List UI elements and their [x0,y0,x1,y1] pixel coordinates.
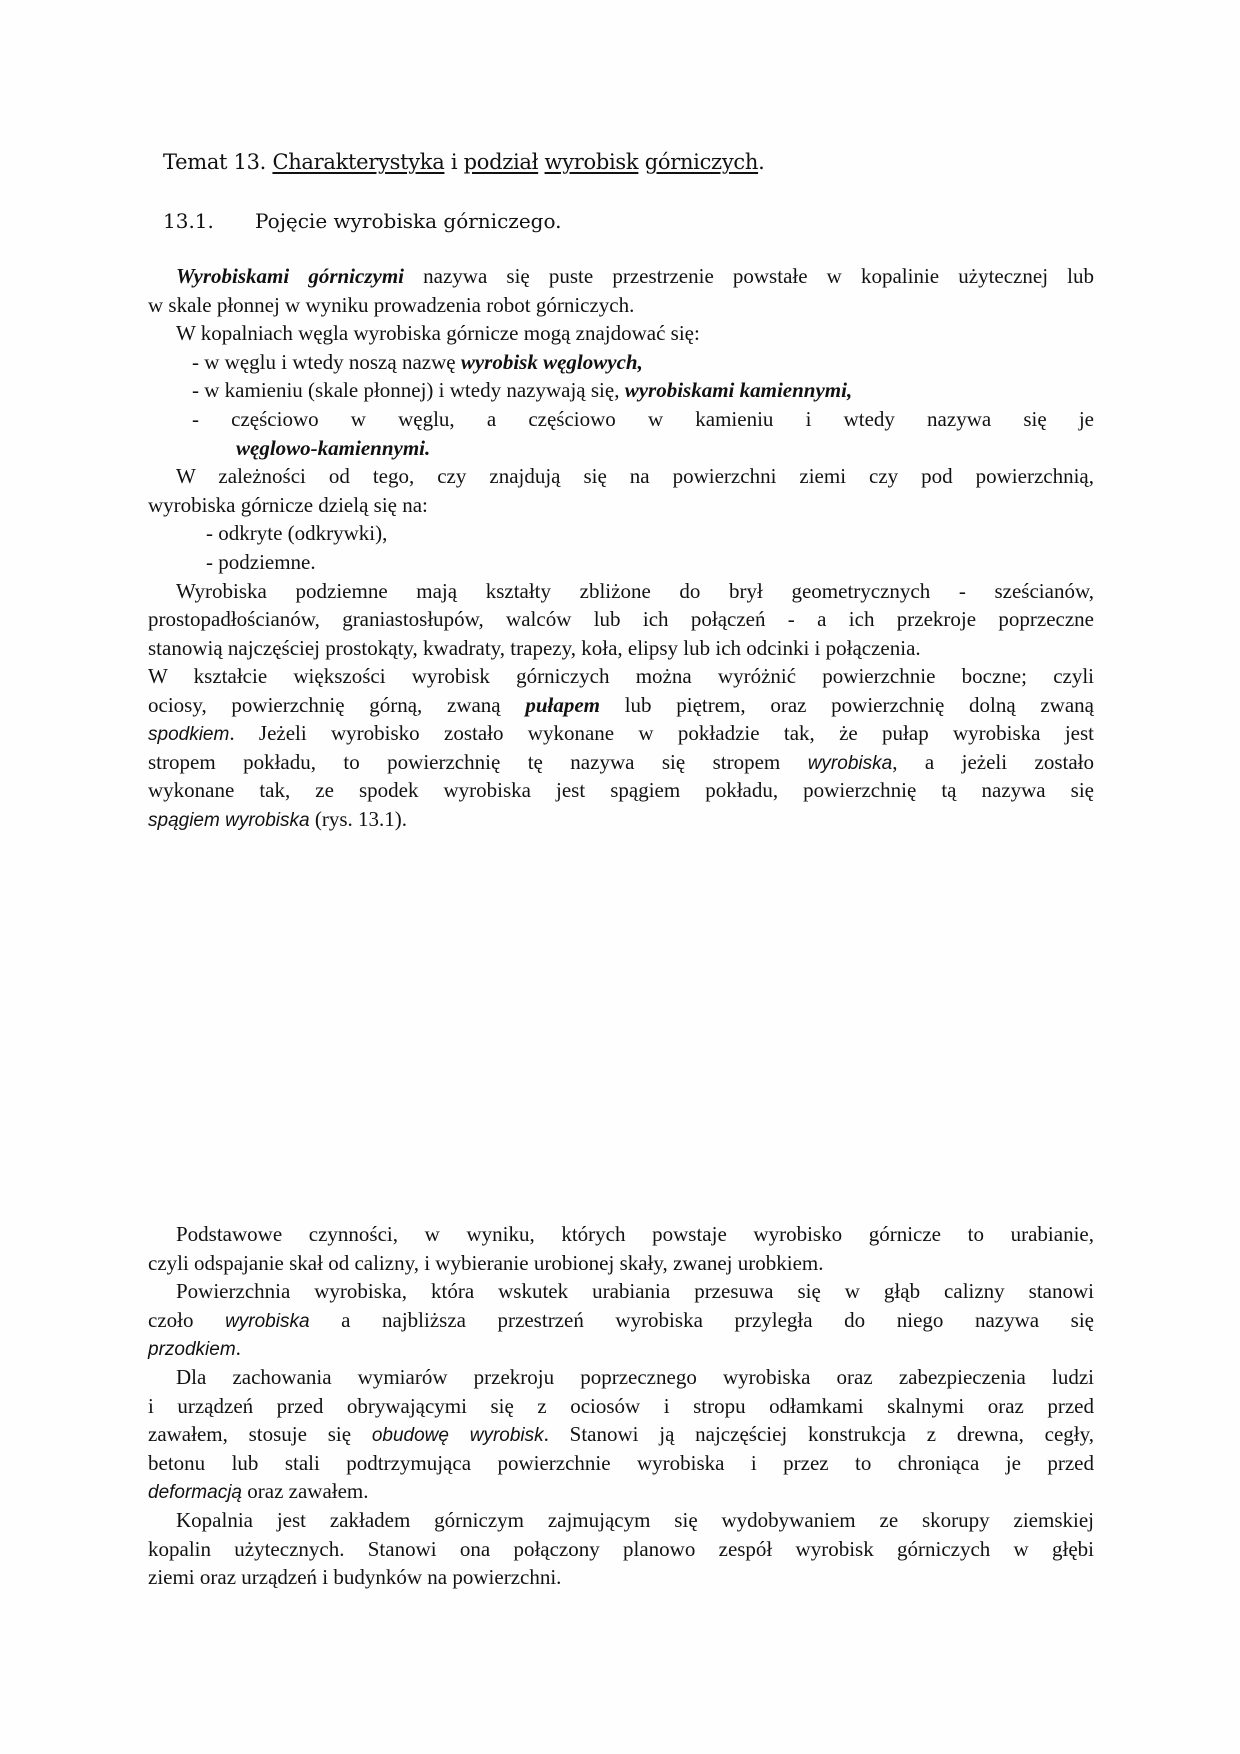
term-bold: wyrobiskami kamiennymi, [625,378,853,402]
paragraph-line: przodkiem. [148,1334,1094,1363]
title-word: wyrobisk [545,150,639,174]
text: , a jeżeli zostało [892,750,1094,774]
text: lub piętrem, oraz powierzchnię dolną zwa… [600,693,1094,717]
paragraph-line: Podstawowe czynności, w wyniku, których … [148,1220,1094,1249]
paragraph-line: W kopalniach węgla wyrobiska górnicze mo… [148,319,1094,348]
title-word: podział [464,150,539,174]
paragraph-line: wykonane tak, ze spodek wyrobiska jest s… [148,776,1094,805]
text: - w kamieniu (skale płonnej) i wtedy naz… [192,378,625,402]
paragraph-line: Powierzchnia wyrobiska, która wskutek ur… [148,1277,1094,1306]
term-bold: pułapem [525,693,600,717]
text: nazywa się puste przestrzenie powstałe w… [404,264,1094,288]
paragraph-line: czyli odspajanie skał od calizny, i wybi… [148,1249,1094,1278]
paragraph-line: W zależności od tego, czy znajdują się n… [148,462,1094,491]
paragraph-line: Dla zachowania wymiarów przekroju poprze… [148,1363,1094,1392]
text: . Jeżeli wyrobisko zostało wykonane w po… [229,721,1094,745]
text: (rys. 13.1). [310,807,407,831]
text-block-3: Podstawowe czynności, w wyniku, których … [148,1220,1094,1592]
term-bold: Wyrobiskami górniczymi [176,264,404,288]
term-italic: spodkiem [148,724,229,745]
text: . Stanowi ją najczęściej konstrukcja z d… [544,1422,1094,1446]
document-title: Temat 13. Charakterystyka i podział wyro… [163,150,764,174]
title-prefix: Temat 13. [163,150,272,174]
title-word: górniczych [645,150,758,174]
paragraph-line: deformacją oraz zawałem. [148,1477,1094,1506]
section-number: 13.1. [163,209,255,233]
text-block-2: W kształcie większości wyrobisk górniczy… [148,662,1094,834]
paragraph-line: kopalin użytecznych. Stanowi ona połączo… [148,1535,1094,1564]
paragraph-line: ociosy, powierzchnię górną, zwaną pułape… [148,691,1094,720]
term-italic: obudowę wyrobisk [372,1425,544,1446]
paragraph-line: spodkiem. Jeżeli wyrobisko zostało wykon… [148,719,1094,748]
document-page: Temat 13. Charakterystyka i podział wyro… [0,0,1240,1754]
text: ociosy, powierzchnię górną, zwaną [148,693,525,717]
title-sep: i [444,150,463,174]
title-word: Charakterystyka [272,150,444,174]
paragraph-line: ziemi oraz urządzeń i budynków na powier… [148,1563,1094,1592]
term-italic: spągiem wyrobiska [148,810,310,831]
section-heading: 13.1.Pojęcie wyrobiska górniczego. [163,209,562,233]
text: zawałem, stosuje się [148,1422,372,1446]
text: . [236,1336,241,1360]
section-title: Pojęcie wyrobiska górniczego. [255,209,562,233]
term-italic: deformacją [148,1482,242,1503]
term-italic: przodkiem [148,1339,236,1360]
text: oraz zawałem. [242,1479,369,1503]
paragraph-line: prostopadłościanów, graniastosłupów, wal… [148,605,1094,634]
text: stropem pokładu, to powierzchnię tę nazy… [148,750,808,774]
figure-placeholder [148,860,1094,1190]
paragraph-line: W kształcie większości wyrobisk górniczy… [148,662,1094,691]
title-suffix: . [758,150,764,174]
list-item: - w kamieniu (skale płonnej) i wtedy naz… [148,376,1094,405]
paragraph-line: zawałem, stosuje się obudowę wyrobisk. S… [148,1420,1094,1449]
paragraph-line: Wyrobiskami górniczymi nazywa się puste … [148,262,1094,291]
text: a najbliższa przestrzeń wyrobiska przyle… [310,1308,1094,1332]
list-item: - podziemne. [148,548,1094,577]
list-item-continuation: węglowo-kamiennymi. [148,434,1094,463]
paragraph-line: betonu lub stali podtrzymująca powierzch… [148,1449,1094,1478]
text: czoło [148,1308,225,1332]
term-italic: wyrobiska [808,753,892,774]
term-italic: wyrobiska [225,1311,309,1332]
list-item: - w węglu i wtedy noszą nazwę wyrobisk w… [148,348,1094,377]
paragraph-line: stanowią najczęściej prostokąty, kwadrat… [148,634,1094,663]
paragraph-line: Kopalnia jest zakładem górniczym zajmują… [148,1506,1094,1535]
paragraph-line: czoło wyrobiska a najbliższa przestrzeń … [148,1306,1094,1335]
text: - w węglu i wtedy noszą nazwę [192,350,461,374]
paragraph-line: w skale płonnej w wyniku prowadzenia rob… [148,291,1094,320]
paragraph-line: stropem pokładu, to powierzchnię tę nazy… [148,748,1094,777]
term-bold: wyrobisk węglowych, [461,350,643,374]
list-item: - częściowo w węglu, a częściowo w kamie… [148,405,1094,434]
paragraph-line: spągiem wyrobiska (rys. 13.1). [148,805,1094,834]
paragraph-line: i urządzeń przed obrywającymi się z ocio… [148,1392,1094,1421]
paragraph-line: wyrobiska górnicze dzielą się na: [148,491,1094,520]
list-item: - odkryte (odkrywki), [148,519,1094,548]
paragraph-line: Wyrobiska podziemne mają kształty zbliżo… [148,577,1094,606]
text-block-1: Wyrobiskami górniczymi nazywa się puste … [148,262,1094,662]
